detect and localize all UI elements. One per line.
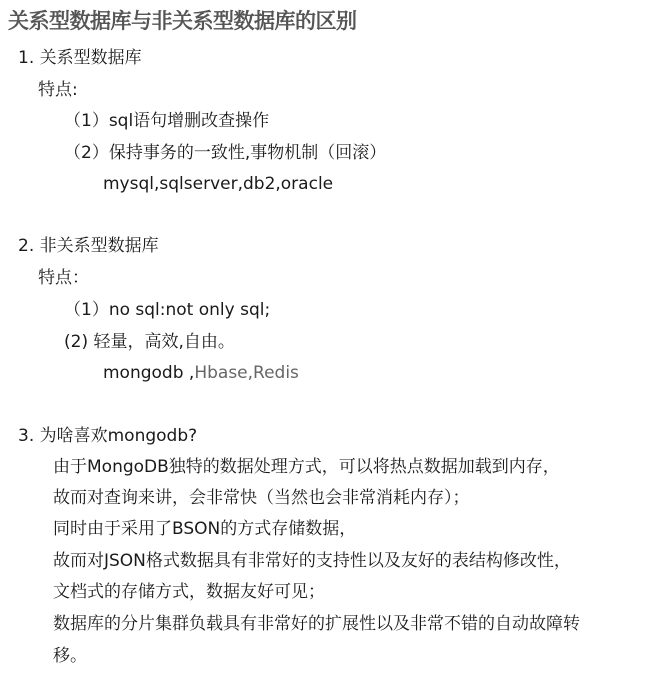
- section-2-features-label: 特点：: [38, 267, 89, 289]
- examples-grey: Hbase,Redis: [194, 363, 299, 383]
- section-3-paragraph: 数据库的分片集群负载具有非常好的扩展性以及非常不错的自动故障转: [53, 613, 580, 635]
- section-1-examples: mysql,sqlserver,db2,oracle: [103, 173, 333, 195]
- section-3-heading: 3. 为啥喜欢mongodb?: [18, 425, 197, 447]
- section-3-paragraph: 故而对JSON格式数据具有非常好的支持性以及友好的表结构修改性，: [53, 550, 571, 572]
- section-1-item-1: （1）sql语句增删改查操作: [64, 110, 269, 132]
- section-1-item-2: （2）保持事务的一致性,事物机制（回滚）: [64, 142, 386, 164]
- section-2-item-2: (2) 轻量，高效,自由。: [64, 331, 235, 353]
- section-2-heading: 2. 非关系型数据库: [18, 235, 159, 257]
- section-1-heading: 1. 关系型数据库: [18, 47, 142, 69]
- page-title: 关系型数据库与非关系型数据库的区别: [8, 6, 357, 36]
- section-3-paragraph: 文档式的存储方式，数据友好可见；: [53, 581, 325, 603]
- section-3-paragraph: 移。: [53, 645, 87, 667]
- section-1-features-label: 特点:: [38, 79, 78, 101]
- section-2-item-1: （1）no sql:not only sql;: [64, 299, 270, 321]
- section-3-paragraph: 同时由于采用了BSON的方式存储数据，: [53, 518, 356, 540]
- section-3-paragraph: 故而对查询来讲，会非常快（当然也会非常消耗内存）；: [53, 487, 470, 509]
- examples-main: mongodb ,: [103, 363, 194, 383]
- section-3-paragraph: 由于MongoDB独特的数据处理方式，可以将热点数据加载到内存，: [53, 456, 560, 478]
- section-2-examples: mongodb ,Hbase,Redis: [103, 362, 299, 384]
